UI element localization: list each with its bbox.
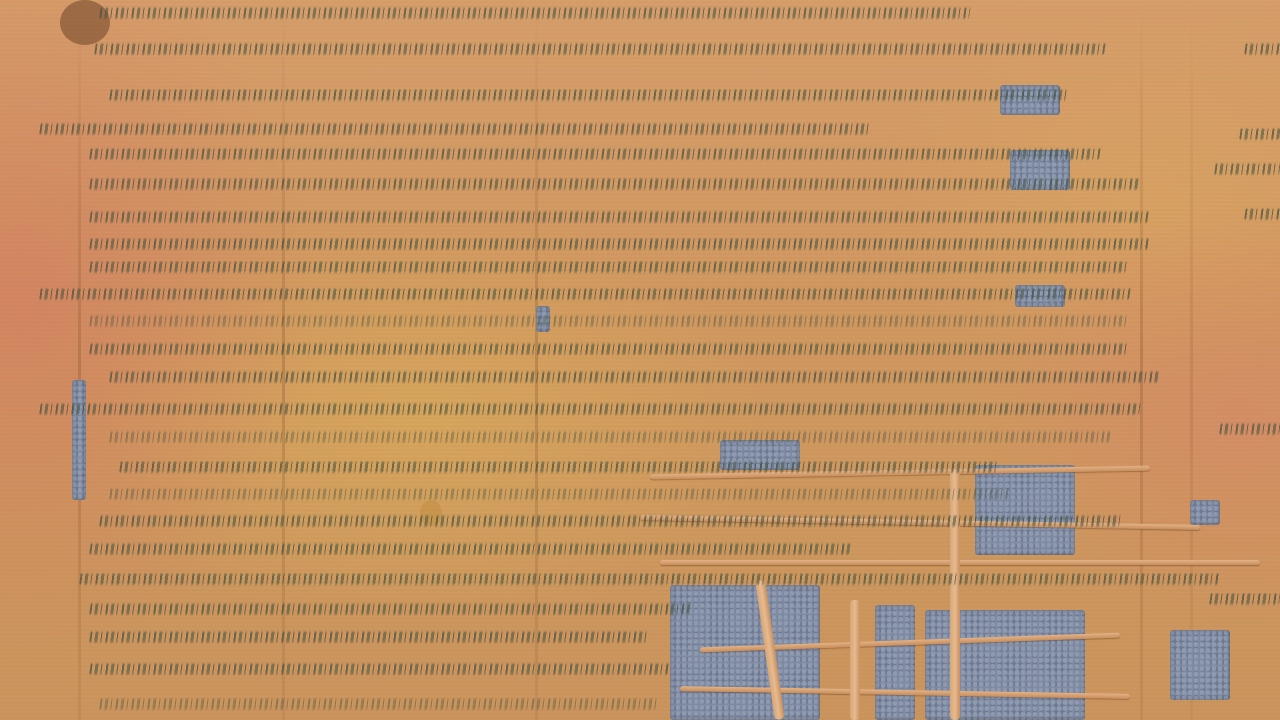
- ink-line: [89, 235, 1151, 251]
- ink-line: [119, 458, 1001, 474]
- vertical-fiber: [1190, 0, 1193, 720]
- papyrus-photograph: Ancient Greek cursive papyrus fragment: [0, 0, 1280, 720]
- lacuna: [1170, 630, 1230, 700]
- ink-line: [109, 428, 1111, 444]
- lacuna: [1190, 500, 1220, 525]
- vertical-fiber: [78, 0, 81, 720]
- lacuna: [875, 605, 915, 720]
- ink-line: [39, 120, 871, 136]
- ink-line: [89, 312, 1131, 328]
- ink-line: [89, 540, 851, 556]
- ink-line: [99, 512, 1121, 528]
- ink-line: [89, 175, 1141, 191]
- lacuna: [72, 380, 86, 500]
- lacuna: [925, 610, 1085, 720]
- ink-line: [79, 570, 1221, 586]
- ink-line: [1239, 125, 1280, 141]
- ink-line: [89, 145, 1101, 161]
- ink-line: [99, 4, 971, 20]
- vertical-fiber: [1140, 0, 1143, 720]
- ink-line: [89, 600, 691, 616]
- fiber-strand-vertical: [950, 470, 960, 720]
- ink-line: [99, 695, 661, 711]
- ink-line: [109, 86, 1071, 102]
- ink-line: [89, 660, 671, 676]
- ink-line: [89, 208, 1151, 224]
- fiber-strand: [660, 560, 1260, 565]
- lacuna: [670, 585, 820, 720]
- ink-line: [1219, 420, 1280, 436]
- ink-line: [39, 285, 1131, 301]
- ink-line: [1209, 590, 1280, 606]
- ink-line: [1244, 40, 1280, 56]
- lacuna: [975, 465, 1075, 555]
- ink-line: [1214, 160, 1280, 176]
- ink-line: [109, 485, 1011, 501]
- ink-line: [89, 628, 651, 644]
- ink-line: [39, 400, 1141, 416]
- ink-line: [1244, 205, 1280, 221]
- fiber-strand-vertical: [850, 600, 860, 720]
- ink-line: [109, 368, 1161, 384]
- ink-line: [94, 40, 1106, 56]
- ink-line: [89, 340, 1131, 356]
- ink-line: [89, 258, 1131, 274]
